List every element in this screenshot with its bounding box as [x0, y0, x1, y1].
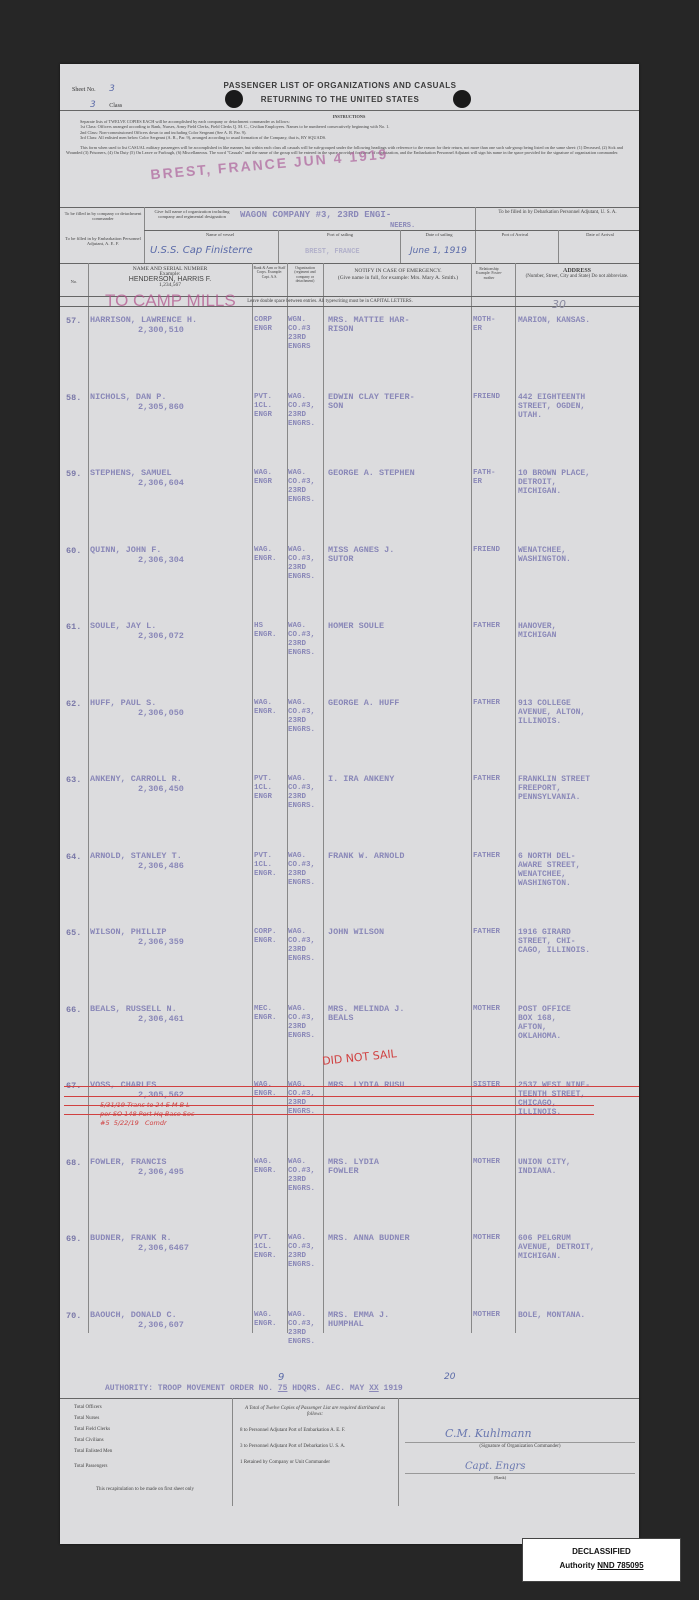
entry-relationship: FATHER — [473, 699, 500, 708]
entry-name: FOWLER, FRANCIS — [90, 1158, 167, 1167]
declassified-label: DECLASSIFIED — [523, 1547, 680, 1556]
entry-address: UNION CITY, INDIANA. — [518, 1158, 571, 1176]
authority-prefix: AUTHORITY: TROOP MOVEMENT ORDER NO. — [105, 1384, 273, 1393]
entry-rank: PVT. 1CL. ENGR. — [254, 1234, 277, 1261]
entry-serial: 2,306,072 — [138, 632, 184, 641]
total-civilians: Total Civilians — [74, 1435, 224, 1446]
entry-number: 64. — [66, 852, 81, 862]
divider — [60, 263, 639, 264]
entry-name: BUDNER, FRANK R. — [90, 1234, 172, 1243]
entry-name: ANKENY, CARROLL R. — [90, 775, 182, 784]
entry-organization: WAG. CO.#3, 23RD ENGRS. — [288, 1158, 315, 1194]
divider — [144, 230, 639, 231]
entry-serial: 2,306,050 — [138, 709, 184, 718]
commander-rank: Capt. Engrs — [465, 1461, 525, 1472]
total-passengers: Total Passengers — [74, 1461, 224, 1472]
organization-value: WAGON COMPANY #3, 23RD ENGI- — [240, 211, 391, 220]
entry-organization: WAG. CO.#3, 23RD ENGRS. — [288, 1005, 315, 1041]
entry-name: WILSON, PHILLIP — [90, 928, 167, 937]
entry-number: 63. — [66, 775, 81, 785]
entry-address: MARION, KANSAS. — [518, 316, 590, 325]
punch-hole-left — [225, 90, 243, 108]
entry-organization: WAG. CO.#3, 23RD ENGRS. — [288, 469, 315, 505]
authority-year: 1919 — [384, 1384, 403, 1393]
entry-name: ARNOLD, STANLEY T. — [90, 852, 182, 861]
entry-name: STEPHENS, SAMUEL — [90, 469, 172, 478]
col-header-address: ADDRESS (Number, Street, City and State)… — [518, 269, 636, 279]
order-number-correction: 9 — [278, 1372, 284, 1383]
entry-rank: WAG. ENGR. — [254, 699, 277, 717]
class-label: Class — [109, 103, 122, 109]
entry-notify: MRS. EMMA J. HUMPHAL — [328, 1311, 389, 1329]
entry-address: 606 PELGRUM AVENUE, DETROIT, MICHIGAN. — [518, 1234, 595, 1261]
sheet-number-value: 3 — [109, 84, 115, 94]
strikethrough-line — [64, 1096, 639, 1097]
entry-number: 69. — [66, 1234, 81, 1244]
divider — [405, 1473, 635, 1474]
authority-id: NND 785095 — [597, 1561, 643, 1570]
authority-day: XX — [369, 1384, 379, 1393]
port-of-sailing-label: Port of sailing — [290, 232, 390, 237]
entry-address: POST OFFICE BOX 168, AFTON, OKLAHOMA. — [518, 1005, 571, 1041]
entry-notify: EDWIN CLAY TEFER- SON — [328, 393, 415, 411]
entry-serial: 2,305,860 — [138, 403, 184, 412]
col-divider — [471, 263, 472, 1333]
entry-number: 61. — [66, 622, 81, 632]
entry-rank: MEC. ENGR. — [254, 1005, 277, 1023]
entry-notify: MRS. LYDIA FOWLER — [328, 1158, 379, 1176]
authority-middle: HDQRS. AEC. MAY — [292, 1384, 364, 1393]
entry-relationship: FATHER — [473, 928, 500, 937]
col-divider — [252, 263, 253, 1333]
entry-relationship: MOTHER — [473, 1311, 500, 1320]
entry-serial: 2,306,495 — [138, 1168, 184, 1177]
entry-serial: 2,306,359 — [138, 938, 184, 947]
camp-mills-stamp: TO CAMP MILLS — [105, 291, 236, 311]
entry-address: HANOVER, MICHIGAN — [518, 622, 556, 640]
entry-name: SOULE, JAY L. — [90, 622, 156, 631]
entry-organization: WAG. CO.#3, 23RD ENGRS. — [288, 1234, 315, 1270]
divider — [398, 1398, 399, 1506]
entry-notify: HOMER SOULE — [328, 622, 384, 631]
company-commander-label: To be filled in by company or detachment… — [64, 211, 142, 221]
entry-rank: HS ENGR. — [254, 622, 277, 640]
divider — [60, 110, 639, 111]
entry-number: 66. — [66, 1005, 81, 1015]
recap-totals: Total Officers Total Nurses Total Field … — [74, 1402, 224, 1472]
col-header-name: NAME AND SERIAL NUMBER Example: HENDERSO… — [90, 267, 250, 288]
entry-number: 57. — [66, 316, 81, 326]
entry-relationship: MOTHER — [473, 1005, 500, 1014]
col-header-no: No. — [62, 279, 86, 284]
entry-notify: FRANK W. ARNOLD — [328, 852, 405, 861]
class-field: 3 Class — [90, 100, 122, 110]
entry-name: BAOUCH, DONALD C. — [90, 1311, 177, 1320]
entry-name: HARRISON, LAWRENCE H. — [90, 316, 197, 325]
col-header-rank: Rank & Arm or Staff Corps. Example: Capt… — [253, 266, 286, 279]
entry-name: HUFF, PAUL S. — [90, 699, 156, 708]
entry-organization: WAG. CO.#3, 23RD ENGRS. — [288, 775, 315, 811]
entry-number: 68. — [66, 1158, 81, 1168]
entry-rank: CORP ENGR — [254, 316, 272, 334]
title-line-1: PASSENGER LIST OF ORGANIZATIONS AND CASU… — [130, 81, 550, 90]
divider — [232, 1398, 233, 1506]
col-header-notify: NOTIFY IN CASE OF EMERGENCY. (Give name … — [328, 268, 468, 281]
entry-notify: MRS. ANNA BUDNER — [328, 1234, 410, 1243]
signature-label: (Signature of Organization Commander) — [430, 1444, 610, 1449]
entry-name: BEALS, RUSSELL N. — [90, 1005, 177, 1014]
entry-rank: PVT. 1CL. ENGR — [254, 393, 272, 420]
declassified-authority: Authority NND 785095 — [523, 1561, 680, 1570]
entry-relationship: FATHER — [473, 775, 500, 784]
entry-organization: WAG. CO.#3, 23RD ENGRS. — [288, 393, 315, 429]
entry-organization: WAG. CO.#3, 23RD ENGRS. — [288, 1311, 315, 1347]
entry-number: 65. — [66, 928, 81, 938]
passenger-count-mark: 30 — [552, 298, 566, 311]
entry-address: 442 EIGHTEENTH STREET, OGDEN, UTAH. — [518, 393, 585, 420]
entry-relationship: MOTH- ER — [473, 316, 496, 334]
entry-organization: WAG. CO.#3, 23RD ENGRS. — [288, 546, 315, 582]
class-value: 3 — [90, 100, 96, 110]
divider — [475, 207, 476, 263]
entry-relationship: FATHER — [473, 852, 500, 861]
distribution-1: 8 to Personnel Adjutant Port of Embarkat… — [240, 1428, 390, 1434]
authority-line: AUTHORITY: TROOP MOVEMENT ORDER NO. 75 H… — [105, 1384, 403, 1393]
transfer-note: 5/31/19 Trans to 24 E M B L per SO 148 P… — [100, 1101, 195, 1128]
entry-address: 10 BROWN PLACE, DETROIT, MICHIGAN. — [518, 469, 590, 496]
entry-address: FRANKLIN STREET FREEPORT, PENNSYLVANIA. — [518, 775, 590, 802]
total-nurses: Total Nurses — [74, 1413, 224, 1424]
entry-number: 60. — [66, 546, 81, 556]
did-not-sail-annotation: DID NOT SAIL — [322, 1047, 398, 1068]
entry-relationship: FRIEND — [473, 546, 500, 555]
entry-relationship: FATHER — [473, 622, 500, 631]
entry-organization: WAG. CO.#3, 23RD ENGRS. — [288, 852, 315, 888]
entry-relationship: FATH- ER — [473, 469, 496, 487]
col-name-example-serial: 1,234,567 — [90, 283, 250, 288]
entry-serial: 2,306,607 — [138, 1321, 184, 1330]
date-of-sailing-label: Date of sailing — [405, 232, 473, 237]
entry-serial: 2,306,304 — [138, 556, 184, 565]
entry-rank: PVT. 1CL. ENGR. — [254, 852, 277, 879]
entry-number: 70. — [66, 1311, 81, 1321]
entry-serial: 2,306,486 — [138, 862, 184, 871]
entry-notify: JOHN WILSON — [328, 928, 384, 937]
entry-address: 6 NORTH DEL- AWARE STREET, WENATCHEE, WA… — [518, 852, 580, 888]
total-field-clerks: Total Field Clerks — [74, 1424, 224, 1435]
order-number: 75 — [278, 1384, 288, 1393]
entry-name: NICHOLS, DAN P. — [90, 393, 167, 402]
date-of-arrival-label: Date of Arrival — [565, 232, 635, 237]
divider — [278, 230, 279, 263]
entry-number: 59. — [66, 469, 81, 479]
col-header-org: Organization (regiment and company or de… — [288, 266, 322, 283]
distribution-heading: A Total of Twelve Copies of Passenger Li… — [240, 1406, 390, 1418]
debarkation-label: To be filled in by Debarkation Personnel… — [480, 210, 635, 215]
entry-organization: WAG. CO.#3, 23RD ENGRS. — [288, 699, 315, 735]
title-line-2: RETURNING TO THE UNITED STATES — [130, 95, 550, 104]
col-divider — [88, 263, 89, 1333]
divider — [144, 207, 145, 263]
entry-rank: PVT. 1CL. ENGR — [254, 775, 272, 802]
col-notify-example: (Give name in full, for example: Mrs. Ma… — [328, 275, 468, 282]
entry-notify: GEORGE A. HUFF — [328, 699, 399, 708]
divider — [558, 230, 559, 263]
commander-signature: C.M. Kuhlmann — [445, 1427, 532, 1440]
entry-address: 913 COLLEGE AVENUE, ALTON, ILLINOIS. — [518, 699, 585, 726]
total-officers: Total Officers — [74, 1402, 224, 1413]
col-divider — [515, 263, 516, 1333]
entry-notify: I. IRA ANKENY — [328, 775, 394, 784]
entry-organization: WGN. CO.#3 23RD ENGRS — [288, 316, 311, 352]
punch-hole-right — [453, 90, 471, 108]
day-correction: 20 — [444, 1372, 455, 1382]
entry-rank: WAG. ENGR. — [254, 1158, 277, 1176]
vessel-label: Name of vessel — [160, 232, 280, 237]
divider — [400, 230, 401, 263]
col-address-sub: (Number, Street, City and State) Do not … — [518, 274, 636, 279]
sheet-label: Sheet No. — [72, 87, 96, 93]
divider — [60, 1398, 639, 1399]
entry-rank: WAG. ENGR — [254, 469, 272, 487]
entry-notify: MISS AGNES J. SUTOR — [328, 546, 394, 564]
entry-notify: GEORGE A. STEPHEN — [328, 469, 415, 478]
entry-serial: 2,300,510 — [138, 326, 184, 335]
strikethrough-line — [64, 1086, 639, 1087]
col-header-relationship: Relationship Example: Foster-mother — [472, 267, 506, 280]
entry-serial: 2,306,461 — [138, 1015, 184, 1024]
entry-notify: MRS. MATTIE HAR- RISON — [328, 316, 410, 334]
distribution-2: 3 to Personnel Adjutant Port of Debarkat… — [240, 1444, 390, 1450]
entry-name: QUINN, JOHN F. — [90, 546, 161, 555]
authority-label: Authority — [559, 1561, 595, 1570]
entry-relationship: MOTHER — [473, 1158, 500, 1167]
total-enlisted-men: Total Enlisted Men — [74, 1446, 224, 1457]
vessel-value: U.S.S. Cap Finisterre — [150, 245, 253, 256]
embarkation-adjutant-label: To be filled in by Embarkation Personnel… — [64, 236, 142, 246]
entry-address: WENATCHEE, WASHINGTON. — [518, 546, 571, 564]
entry-relationship: MOTHER — [473, 1234, 500, 1243]
entry-number: 62. — [66, 699, 81, 709]
organization-label: Give full name of organization including… — [148, 209, 236, 219]
entry-address: BOLE, MONTANA. — [518, 1311, 585, 1320]
entry-notify: MRS. MELINDA J. BEALS — [328, 1005, 405, 1023]
entry-number: 58. — [66, 393, 81, 403]
passenger-list-document: Sheet No. 3 3 Class PASSENGER LIST OF OR… — [60, 64, 639, 1544]
entry-address: 1916 GIRARD STREET, CHI- CAGO, ILLINOIS. — [518, 928, 590, 955]
port-of-sailing-value: BREST, FRANCE — [305, 248, 360, 257]
divider — [60, 207, 639, 208]
entry-rank: WAG. ENGR. — [254, 546, 277, 564]
declassified-stamp: DECLASSIFIED Authority NND 785095 — [522, 1538, 681, 1582]
entry-relationship: FRIEND — [473, 393, 500, 402]
entry-serial: 2,306,604 — [138, 479, 184, 488]
rank-label: (Rank) — [480, 1475, 520, 1480]
port-of-arrival-label: Port of Arrival — [480, 232, 550, 237]
col-divider — [323, 263, 324, 1333]
entry-serial: 2,306,450 — [138, 785, 184, 794]
entry-serial: 2,306,6467 — [138, 1244, 189, 1253]
distribution-block: A Total of Twelve Copies of Passenger Li… — [240, 1406, 390, 1466]
entry-rank: CORP. ENGR. — [254, 928, 277, 946]
entry-rank: WAG. ENGR. — [254, 1311, 277, 1329]
entry-organization: WAG. CO.#3, 23RD ENGRS. — [288, 928, 315, 964]
recap-footnote: This recapitulation to be made on first … — [70, 1487, 220, 1493]
date-of-sailing-value: June 1, 1919 — [410, 246, 467, 256]
entry-organization: WAG. CO.#3, 23RD ENGRS. — [288, 622, 315, 658]
divider — [405, 1442, 635, 1443]
sheet-number-field: Sheet No. 3 — [72, 84, 115, 94]
distribution-3: 1 Retained by Company or Unit Commander — [240, 1460, 390, 1466]
